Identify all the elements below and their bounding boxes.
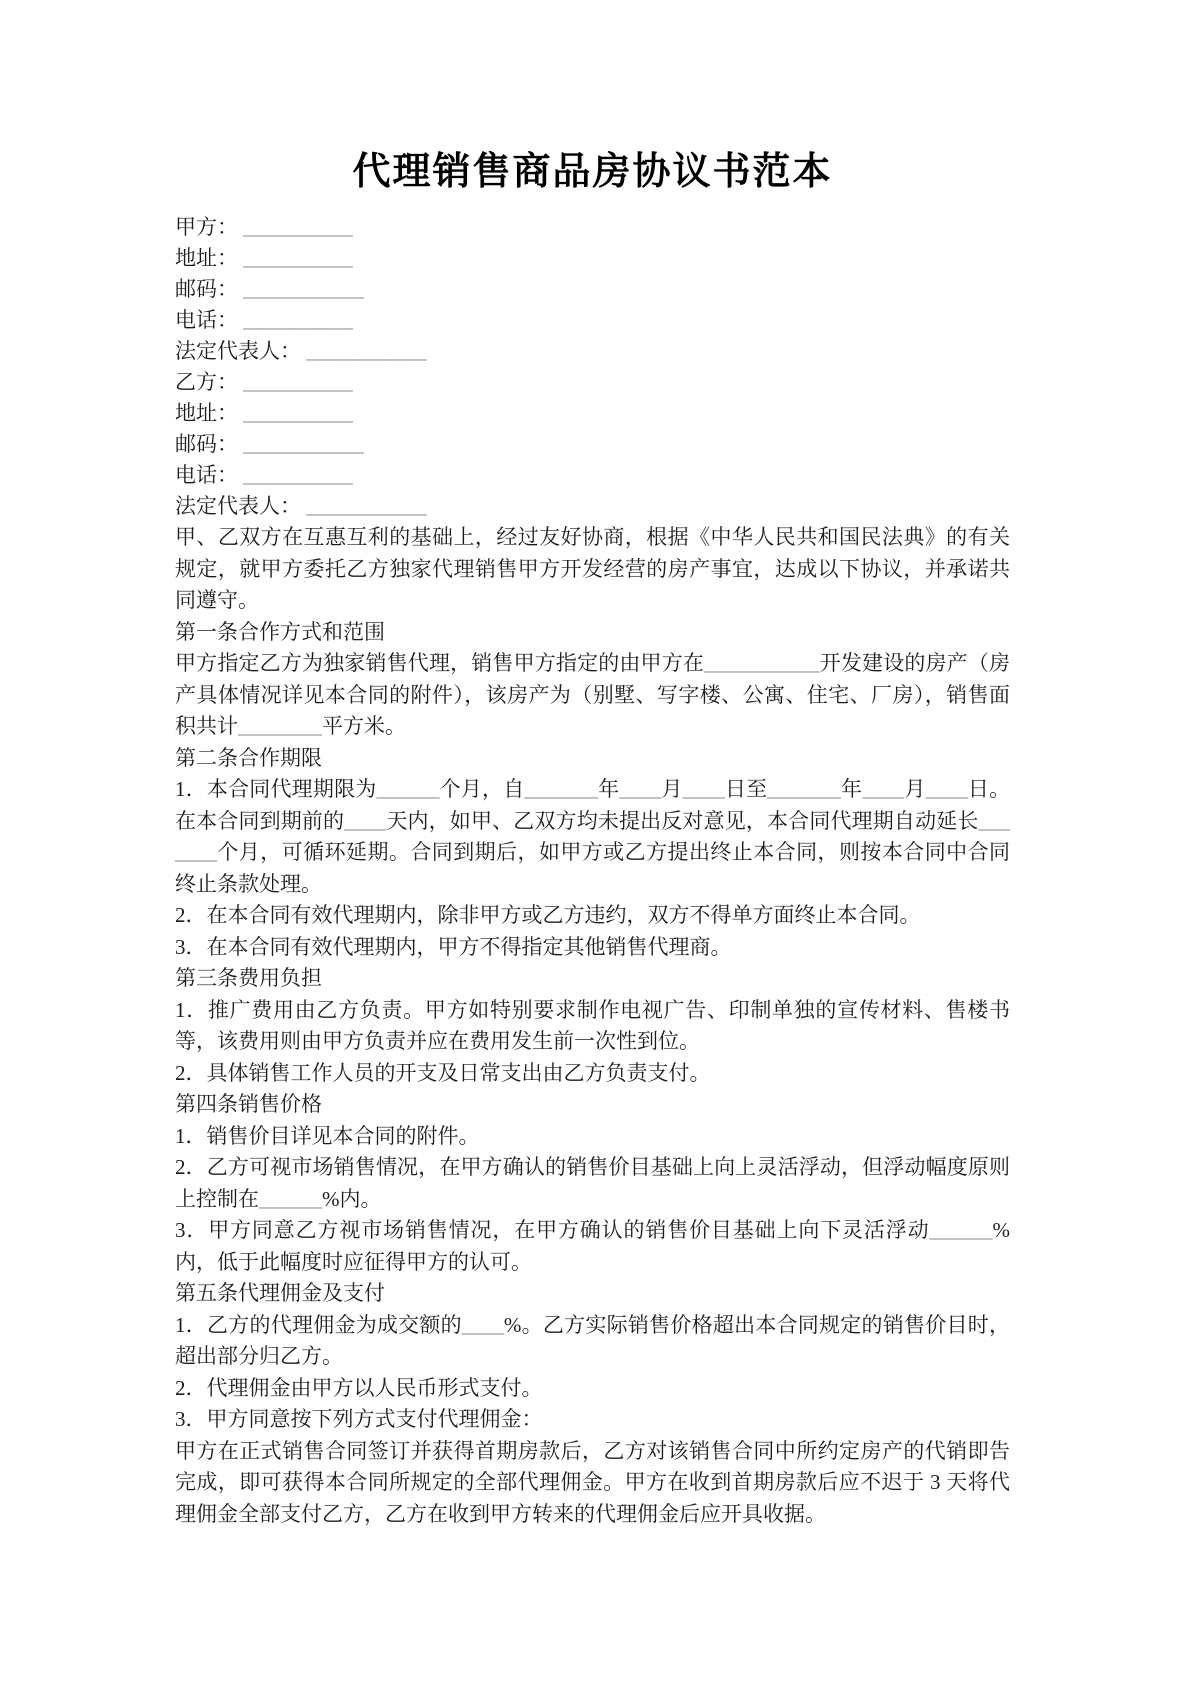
contract-paragraph: 第三条费用负担	[175, 963, 1010, 995]
contract-clauses: 甲、乙双方在互惠互利的基础上，经过友好协商，根据《中华人民共和国民法典》的有关规…	[175, 522, 1010, 1530]
fill-in-blank: ______	[259, 1187, 322, 1211]
contract-paragraph: 2．具体销售工作人员的开支及日常支出由乙方负责支付。	[175, 1058, 1010, 1090]
party-field-label: 甲方：	[175, 215, 238, 239]
fill-in-blank: ______	[930, 1218, 993, 1242]
fill-in-blank: _______	[767, 777, 841, 801]
party-field-label: 法定代表人：	[175, 339, 301, 363]
document-title: 代理销售商品房协议书范本	[175, 146, 1010, 198]
fill-in-blank: _______	[524, 777, 598, 801]
fill-in-blank-line: __________	[243, 308, 353, 332]
fill-in-blank: ____	[926, 777, 968, 801]
contract-document-page: 代理销售商品房协议书范本 甲方： __________ 地址： ________…	[0, 0, 1190, 1683]
party-field-row: 电话： __________	[175, 460, 1010, 491]
contract-paragraph: 甲、乙双方在互惠互利的基础上，经过友好协商，根据《中华人民共和国民法典》的有关规…	[175, 522, 1010, 617]
contract-paragraph: 1．销售价目详见本合同的附件。	[175, 1121, 1010, 1153]
fill-in-blank-line: ___________	[243, 277, 364, 301]
party-field-row: 地址： __________	[175, 243, 1010, 274]
fill-in-blank: ____	[862, 777, 904, 801]
party-field-label: 乙方：	[175, 370, 238, 394]
contract-paragraph: 甲方在正式销售合同签订并获得首期房款后，乙方对该销售合同中所约定房产的代销即告完…	[175, 1436, 1010, 1531]
party-field-label: 地址：	[175, 401, 238, 425]
party-field-label: 邮码：	[175, 277, 238, 301]
contract-paragraph: 第二条合作期限	[175, 743, 1010, 775]
contract-paragraph: 1．乙方的代理佣金为成交额的____%。乙方实际销售价格超出本合同规定的销售价目…	[175, 1310, 1010, 1373]
fill-in-blank-line: ___________	[243, 432, 364, 456]
fill-in-blank: ______	[376, 777, 439, 801]
party-field-label: 电话：	[175, 308, 238, 332]
fill-in-blank: ___________	[704, 651, 820, 675]
fill-in-blank-line: __________	[243, 370, 353, 394]
party-field-row: 乙方： __________	[175, 367, 1010, 398]
fill-in-blank-line: __________	[243, 401, 353, 425]
party-field-label: 邮码：	[175, 432, 238, 456]
fill-in-blank: ____	[462, 1313, 504, 1337]
fill-in-blank: _______	[175, 809, 1010, 865]
contract-paragraph: 2．乙方可视市场销售情况，在甲方确认的销售价目基础上向上灵活浮动，但浮动幅度原则…	[175, 1152, 1010, 1215]
party-field-row: 地址： __________	[175, 398, 1010, 429]
contract-paragraph: 2．在本合同有效代理期内，除非甲方或乙方违约，双方不得单方面终止本合同。	[175, 900, 1010, 932]
party-field-row: 法定代表人： ___________	[175, 491, 1010, 522]
fill-in-blank-line: ___________	[306, 339, 427, 363]
fill-in-blank: ____	[344, 809, 386, 833]
fill-in-blank: ____	[619, 777, 661, 801]
party-field-row: 邮码： ___________	[175, 274, 1010, 305]
party-field-label: 法定代表人：	[175, 494, 301, 518]
contract-paragraph: 第一条合作方式和范围	[175, 617, 1010, 649]
party-field-row: 甲方： __________	[175, 212, 1010, 243]
contract-paragraph: 第四条销售价格	[175, 1089, 1010, 1121]
contract-paragraph: 3．在本合同有效代理期内，甲方不得指定其他销售代理商。	[175, 932, 1010, 964]
contract-paragraph: 2．代理佣金由甲方以人民币形式支付。	[175, 1373, 1010, 1405]
contract-paragraph: 1．本合同代理期限为______个月，自_______年____月____日至_…	[175, 774, 1010, 900]
party-field-label: 地址：	[175, 246, 238, 270]
contract-paragraph: 1．推广费用由乙方负责。甲方如特别要求制作电视广告、印制单独的宣传材料、售楼书等…	[175, 995, 1010, 1058]
party-field-row: 邮码： ___________	[175, 429, 1010, 460]
party-field-row: 法定代表人： ___________	[175, 336, 1010, 367]
fill-in-blank-line: ___________	[306, 494, 427, 518]
fill-in-blank-line: __________	[243, 463, 353, 487]
contract-paragraph: 甲方指定乙方为独家销售代理，销售甲方指定的由甲方在___________开发建设…	[175, 648, 1010, 743]
fill-in-blank: ____	[683, 777, 725, 801]
fill-in-blank-line: __________	[243, 215, 353, 239]
contract-paragraph: 3．甲方同意乙方视市场销售情况，在甲方确认的销售价目基础上向下灵活浮动_____…	[175, 1215, 1010, 1278]
party-field-row: 电话： __________	[175, 305, 1010, 336]
party-field-label: 电话：	[175, 463, 238, 487]
fill-in-blank-line: __________	[243, 246, 353, 270]
contract-paragraph: 第五条代理佣金及支付	[175, 1278, 1010, 1310]
fill-in-blank: ________	[238, 714, 322, 738]
party-info-fields: 甲方： __________ 地址： __________ 邮码： ______…	[175, 212, 1010, 522]
contract-paragraph: 3．甲方同意按下列方式支付代理佣金：	[175, 1404, 1010, 1436]
